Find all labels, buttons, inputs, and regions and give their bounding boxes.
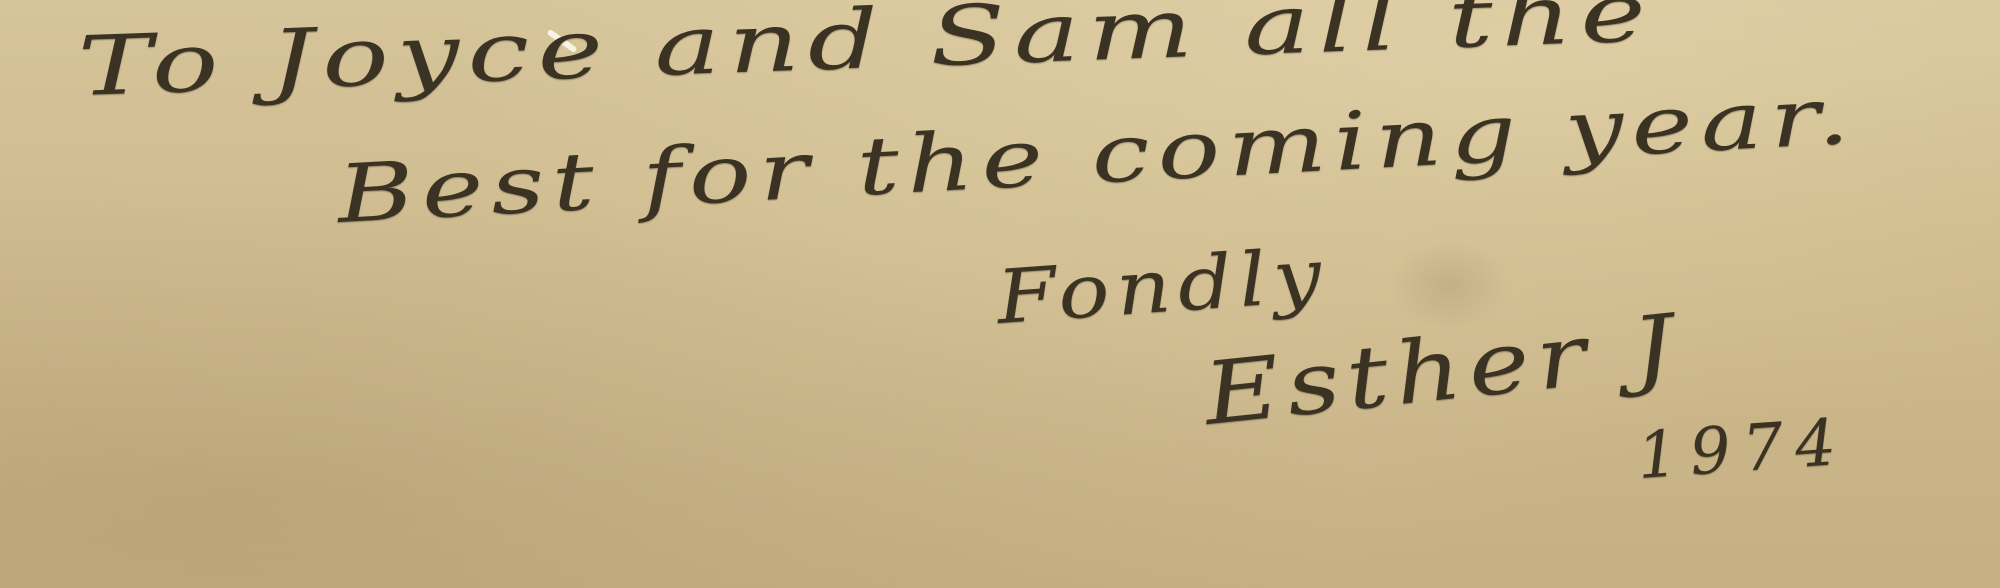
handwritten-note: To Joyce and Sam all the Best for the co… — [0, 0, 2000, 588]
year: 1974 — [1635, 405, 1851, 494]
closing-word: Fondly — [994, 232, 1331, 341]
